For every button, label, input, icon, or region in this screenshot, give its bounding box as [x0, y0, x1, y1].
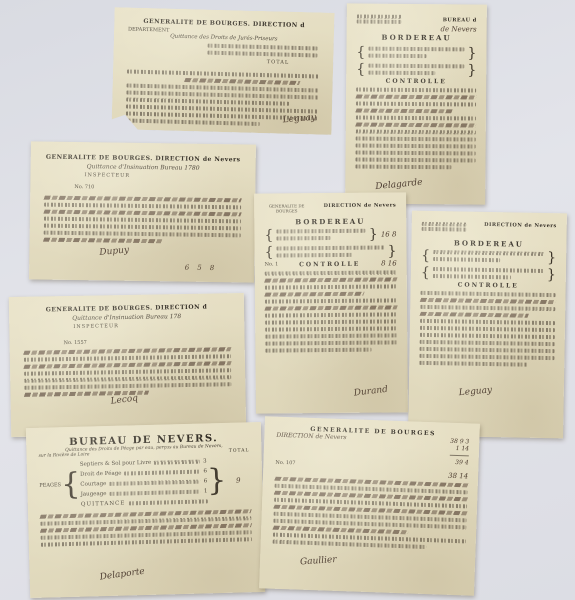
brace-icon: } [388, 245, 397, 257]
doc8-amount: 1 14 [450, 445, 469, 453]
doc3-header: GENERALITE DE BOURGES. DIRECTION de Neve… [45, 154, 242, 164]
doc2-signature: Delagarde [375, 178, 423, 192]
brace-icon: } [369, 228, 378, 240]
doc5-header: DIRECTION de Nevers [484, 222, 557, 234]
brace-icon: { [61, 479, 80, 491]
brace-icon: { [421, 249, 430, 261]
doc7-item-label: Jaugeage [81, 491, 107, 498]
brace-icon: { [265, 246, 274, 258]
document-receipt-6: GENERALITE DE BOURGES. DIRECTION d Quitt… [9, 293, 246, 437]
doc4-number: No. 1 [265, 261, 279, 267]
doc7-total-label: TOTAL [229, 448, 250, 454]
brace-icon: { [264, 229, 273, 241]
document-receipt-2: BUREAU d de Nevers BORDEREAU { } { } CON… [345, 3, 487, 204]
brace-icon: { [421, 266, 430, 278]
doc4-header: GENERALITE DE BOURGES [264, 203, 309, 213]
brace-icon: } [547, 252, 556, 264]
doc8-amount: 39 4 [449, 459, 468, 467]
doc3-inspector: INSPECTEUR [84, 172, 241, 180]
doc4-section: CONTROLLE [299, 260, 360, 268]
doc4-amount: 16 8 [381, 230, 397, 238]
doc6-inspector: INSPECTEUR [73, 321, 230, 330]
doc3-amount: 8 [210, 264, 215, 272]
brace-icon: } [207, 475, 226, 487]
document-receipt-3: GENERALITE DE BOURGES. DIRECTION de Neve… [29, 141, 256, 282]
document-receipt-7: BUREAU DE NEVERS. Quittance des Droits d… [26, 422, 265, 598]
doc7-item-label: Droit de Péage [80, 471, 122, 478]
doc4-amount: 8 16 [381, 259, 397, 267]
brace-icon: } [547, 269, 556, 281]
doc1-line1: DEPARTEMENT [128, 27, 169, 34]
doc3-amount: 6 [185, 264, 190, 272]
doc7-item-label: Septiers & Sol pour Livre [80, 460, 151, 468]
doc4-signature: Durand [353, 385, 388, 399]
doc3-number: No. 710 [74, 184, 241, 192]
doc3-subheader: Quittance d'Insinuation Bureau 1780 [45, 163, 242, 173]
doc7-item-label: QUITTANCE [81, 501, 126, 508]
document-receipt-5: DIRECTION de Nevers BORDEREAU { } { } CO… [408, 211, 567, 439]
brace-icon: { [356, 63, 365, 75]
document-receipt-8: GENERALITE DE BOURGES DIRECTION de Never… [259, 416, 480, 595]
doc3-amount: 5 [197, 264, 202, 272]
doc8-signature: Gaullier [300, 555, 337, 568]
doc2-header: BUREAU d [443, 17, 477, 23]
doc7-side-label: PEAGES [39, 482, 61, 489]
doc2-section: CONTROLLE [356, 77, 476, 85]
doc7-total: 9 [226, 476, 250, 485]
doc7-signature: Delaporte [99, 567, 145, 583]
doc8-subheader: DIRECTION de Nevers [276, 432, 346, 441]
document-receipt-1: GENERALITE DE BOURGES. DIRECTION d DEPAR… [111, 7, 334, 135]
doc4-subheader: DIRECTION de Nevers [324, 202, 397, 209]
brace-icon: } [467, 47, 476, 59]
doc3-signature: Dupuy [99, 245, 129, 258]
doc5-signature: Leguay [458, 385, 492, 398]
brace-icon: { [356, 46, 365, 58]
doc2-title: BORDEREAU [357, 32, 477, 42]
doc1-total: TOTAL [127, 55, 319, 66]
doc6-signature: Lecoq [110, 393, 139, 406]
doc7-item-label: Courtage [80, 481, 106, 488]
document-receipt-4: GENERALITE DE BOURGES DIRECTION de Never… [254, 192, 408, 413]
doc6-number: No. 1557 [64, 337, 231, 346]
doc7-subheader2: sur la Rivière de Loire [38, 452, 89, 458]
brace-icon: } [467, 64, 476, 76]
